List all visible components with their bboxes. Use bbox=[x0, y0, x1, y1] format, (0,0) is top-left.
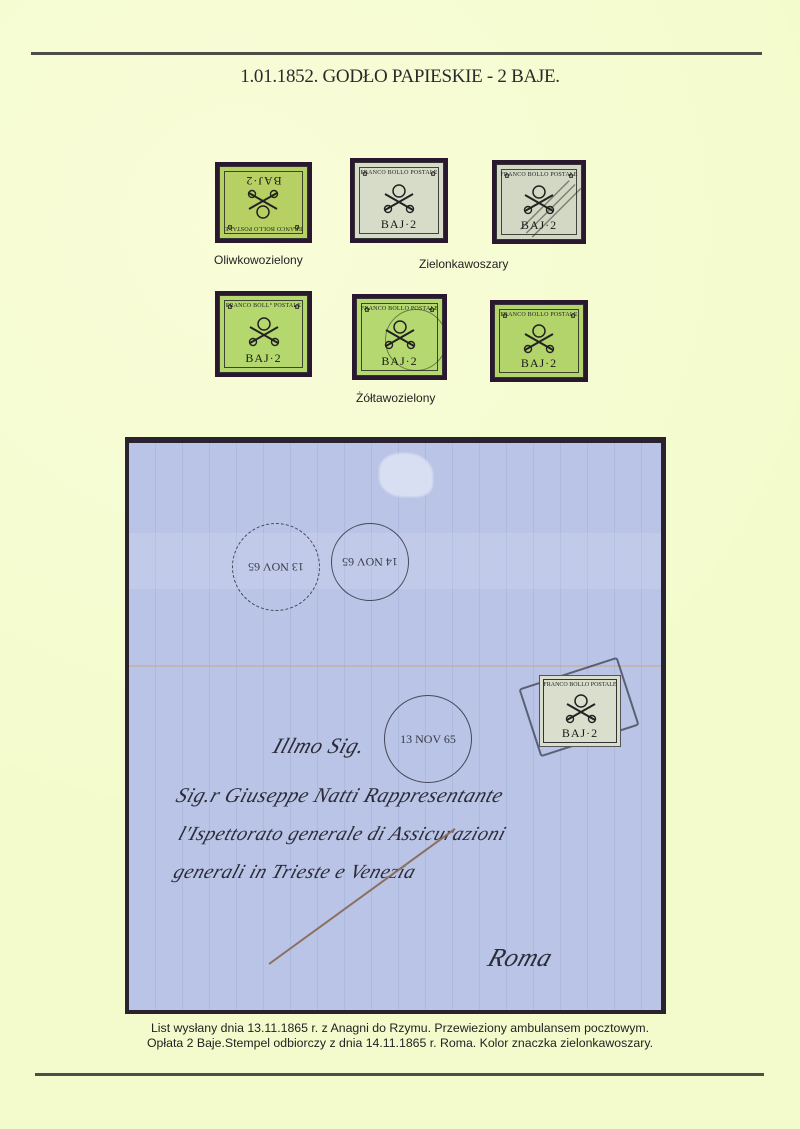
stamp-olive-green: ✿✿ FRANCO BOLLO POSTALE BAJ·2 bbox=[219, 166, 308, 239]
postal-cover: 13 NOV 65 14 NOV 65 13 NOV 65 FRANCO BOL… bbox=[129, 443, 661, 1010]
top-rule bbox=[31, 52, 762, 55]
stamp-greenish-grey: ✿✿ FRANCO BOLLO POSTALE BAJ·2 bbox=[354, 162, 444, 239]
bottom-rule bbox=[35, 1073, 764, 1076]
postmark-roma: 14 NOV 65 bbox=[331, 523, 409, 601]
cover-description: List wysłany dnia 13.11.1865 r. z Anagni… bbox=[0, 1021, 800, 1051]
papal-keys-icon bbox=[561, 692, 601, 724]
stamp-yellowish-green: ✿✿ FRANCO BOLL° POSTALE BAJ·2 bbox=[219, 295, 308, 373]
caption-olive: Oliwkowozielony bbox=[214, 253, 303, 267]
stamp-yellowish-green: ✿✿ FRANCO BOLLO POSTALE BAJ·2 bbox=[356, 298, 443, 376]
description-line-1: List wysłany dnia 13.11.1865 r. z Anagni… bbox=[0, 1021, 800, 1036]
stamp-mount: ✿✿ FRANCO BOLLO POSTALE BAJ·2 bbox=[490, 300, 588, 382]
page-title: 1.01.1852. GODŁO PAPIESKIE - 2 BAJE. bbox=[0, 66, 800, 88]
description-line-2: Opłata 2 Baje.Stempel odbiorczy z dnia 1… bbox=[0, 1036, 800, 1051]
stamp-mount: ✿✿ FRANCO BOLLO POSTALE BAJ·2 bbox=[352, 294, 447, 380]
stamp-yellowish-green: ✿✿ FRANCO BOLLO POSTALE BAJ·2 bbox=[494, 304, 584, 378]
address-line: l'Ispettorato generale di Assicurazioni bbox=[175, 823, 509, 846]
papal-keys-icon bbox=[519, 322, 559, 354]
stamp-mount: ✿✿ FRANCO BOLLO POSTALE BAJ·2 bbox=[215, 162, 312, 243]
cover-mount: 13 NOV 65 14 NOV 65 13 NOV 65 FRANCO BOL… bbox=[125, 437, 666, 1014]
papal-keys-icon bbox=[244, 189, 284, 221]
address-line: Illmo Sig. bbox=[270, 733, 369, 759]
address-line: Sig.r Giuseppe Natti Rappresentante bbox=[173, 783, 507, 808]
postmark-ambulante: 13 NOV 65 bbox=[232, 523, 320, 611]
stamp-greenish-grey: ✿✿ FRANCO BOLLO POSTALE BAJ·2 bbox=[496, 164, 582, 240]
papal-keys-icon bbox=[379, 182, 419, 214]
circular-cancel bbox=[385, 309, 443, 371]
papal-keys-icon bbox=[244, 315, 284, 347]
cover-stamp: FRANCO BOLLO POSTALE BAJ·2 bbox=[539, 675, 621, 747]
stamp-mount: ✿✿ FRANCO BOLL° POSTALE BAJ·2 bbox=[215, 291, 312, 377]
stamp-mount: ✿✿ FRANCO BOLLO POSTALE BAJ·2 bbox=[492, 160, 586, 244]
stamp-mount: ✿✿ FRANCO BOLLO POSTALE BAJ·2 bbox=[350, 158, 448, 243]
address-destination: Roma bbox=[484, 943, 556, 973]
caption-yellow: Żółtawozielony bbox=[356, 391, 435, 405]
pen-stroke bbox=[268, 828, 455, 965]
wax-seal-remnant bbox=[379, 453, 433, 497]
fold-line bbox=[129, 665, 661, 667]
postmark-anagni: 13 NOV 65 bbox=[384, 695, 472, 783]
grid-cancel-icon bbox=[497, 165, 581, 239]
caption-grey: Zielonkawoszary bbox=[419, 257, 508, 271]
